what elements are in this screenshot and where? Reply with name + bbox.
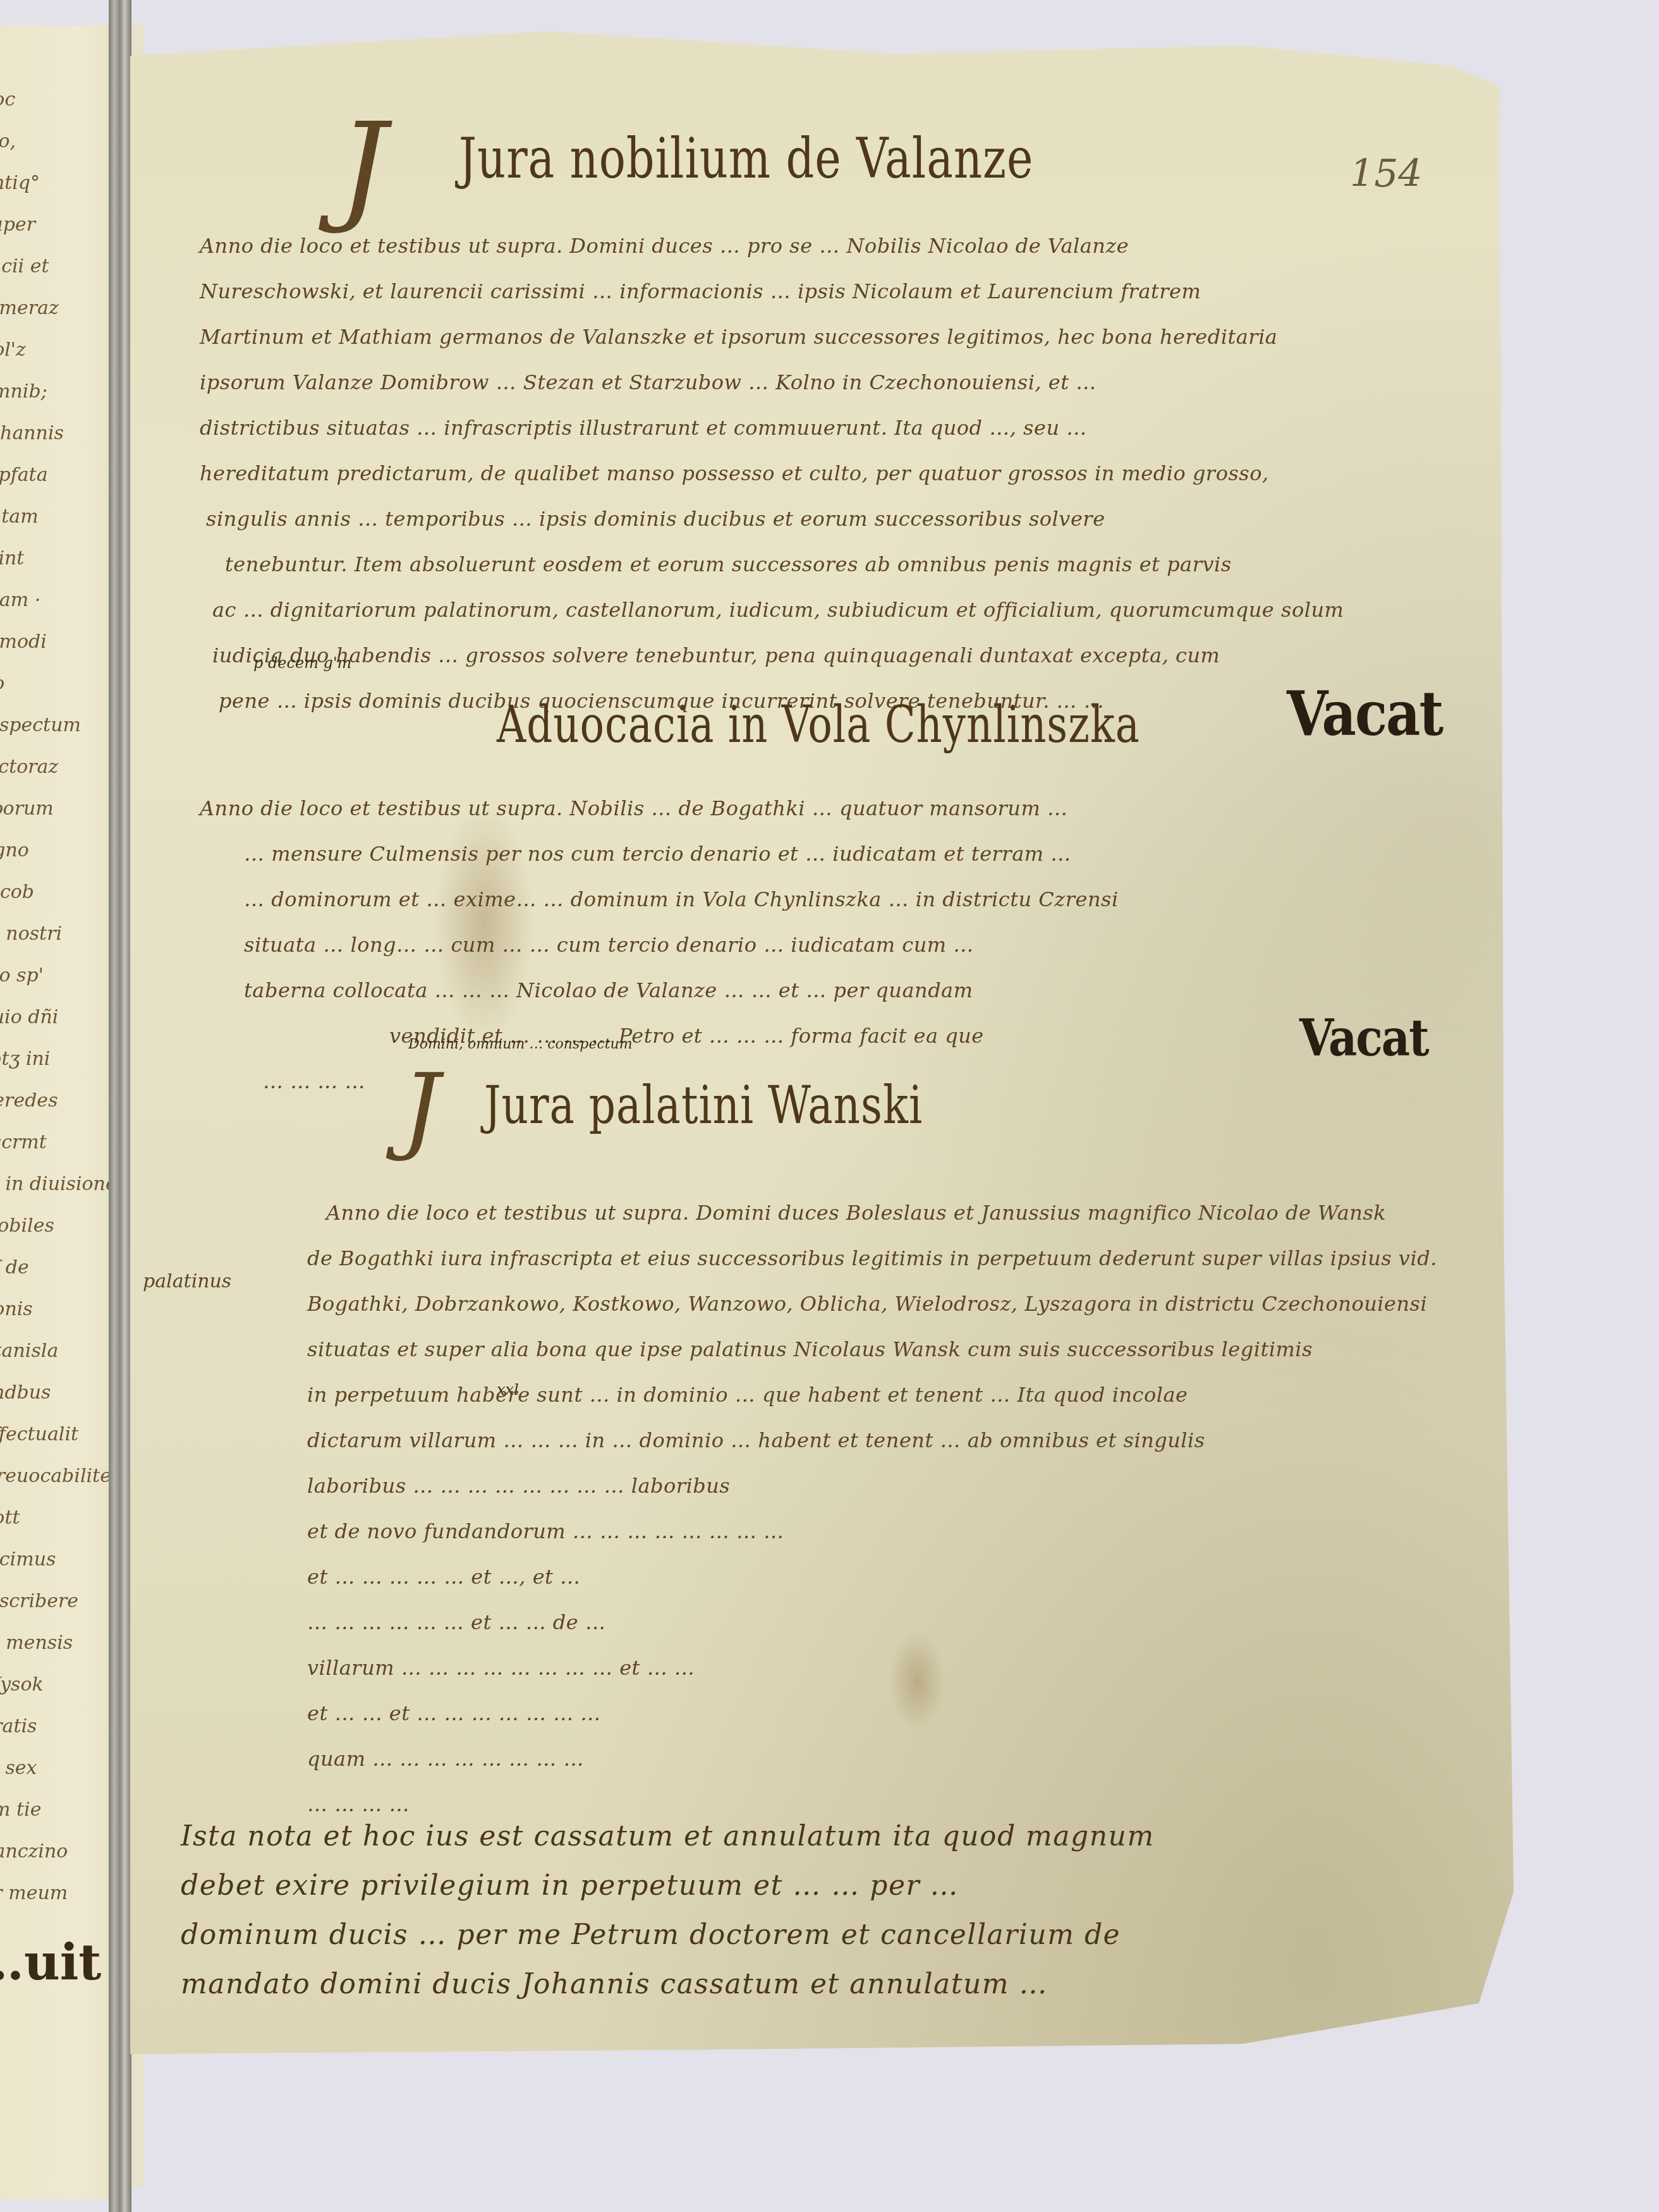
text-line: in perpetuum habere sunt … in dominio … … — [307, 1383, 1188, 1407]
left-page-line: …in sex — [0, 1757, 37, 1779]
left-page-line: …Sanczino — [0, 1840, 68, 1863]
section-heading-1: Jura nobilium de Valanze — [459, 126, 1033, 191]
left-page-line: …dicimus — [0, 1548, 56, 1571]
section-heading-3: Jura palatini Wanski — [484, 1075, 923, 1136]
manuscript-folio: 154 J Jura nobilium de Valanze Anno die … — [130, 25, 1521, 2054]
ink-stain — [889, 1631, 945, 1732]
left-page-line: …super — [0, 214, 35, 236]
text-line: et … … et … … … … … … … — [307, 1701, 601, 1725]
text-line: ipsorum Valanze Domibrow … Stezan et Sta… — [200, 370, 1097, 394]
text-line: … … … … … … et … … de … — [307, 1610, 605, 1634]
text-line: Anno die loco et testibus ut supra. Nobi… — [200, 796, 1067, 820]
text-line: situatas et super alia bona que ipse pal… — [307, 1337, 1313, 1361]
text-line: situata … long… … cum … … cum tercio den… — [244, 933, 974, 957]
text-line: … mensure Culmensis per nos cum tercio d… — [244, 842, 1071, 866]
left-page-line: …euio dñi — [0, 1006, 58, 1028]
left-page-line: …hoc — [0, 88, 15, 111]
text-line: iudicia duo habendis … grossos solvere t… — [212, 643, 1220, 667]
interlinear-note-1: p decem g'm — [253, 654, 351, 672]
text-line: villarum … … … … … … … … et … … — [307, 1656, 695, 1680]
left-page-line: …omnib; — [0, 380, 47, 403]
left-page-line: …nott — [0, 1507, 20, 1529]
text-line: districtibus situatas … infrascriptis il… — [200, 416, 1087, 440]
left-page-line: …effectualit — [0, 1423, 78, 1445]
left-page-line: …inspectum — [0, 714, 81, 736]
left-page-line: …pol'z — [0, 339, 26, 361]
text-line: Anno die loco et testibus ut supra. Domi… — [326, 1201, 1386, 1225]
left-page-line: …Stanisla — [0, 1340, 58, 1362]
left-page-line: …ratam — [0, 506, 39, 528]
text-line: … dominorum et … exime… … dominum in Vol… — [244, 887, 1119, 911]
left-page-line: …ligno — [0, 839, 29, 861]
text-line: tenebuntur. Item absoluerunt eosdem et e… — [225, 552, 1232, 576]
text-line: taberna collocata … … … Nicolao de Valan… — [244, 978, 973, 1002]
left-page-line: …cscrmt — [0, 1131, 47, 1153]
text-line: singulis annis … temporibus … ipsis domi… — [206, 507, 1105, 531]
left-page-line: …no — [0, 672, 4, 695]
left-facing-page: …hoc…sto,…antiq°…super…racii et…mmeraz…p… — [0, 25, 114, 2199]
interlinear-note-2: Domini, omnium … conspectum — [408, 1036, 633, 1052]
text-line: … … … … — [263, 1069, 365, 1093]
left-page-line: …sto, — [0, 130, 16, 152]
text-line: Ista nota et hoc ius est cassatum et ann… — [181, 1820, 1155, 1852]
left-page-line: …ondbus — [0, 1382, 51, 1404]
left-page-line: …racii et — [0, 255, 49, 277]
left-page-line: …Wysok — [0, 1674, 44, 1696]
left-page-line: …nonis — [0, 1298, 33, 1320]
text-line: debet exire privilegium in perpetuum et … — [181, 1869, 959, 1902]
text-line: Anno die loco et testibus ut supra. Domi… — [200, 234, 1129, 258]
text-line: … … … … — [307, 1792, 410, 1816]
book-gutter — [109, 0, 131, 2212]
folio-number: 154 — [1350, 152, 1423, 196]
vacat-mark-1: Vacat — [1287, 678, 1442, 750]
left-page-line: …mmeraz — [0, 297, 59, 319]
text-line: hereditatum predictarum, de qualibet man… — [200, 461, 1269, 485]
left-page-line: …stint — [0, 547, 24, 569]
vacat-mark-2: Vacat — [1299, 1007, 1428, 1067]
left-page-line: …Jacob — [0, 881, 34, 903]
left-page-line: …lectoraz — [0, 756, 58, 778]
decorative-initial: J — [339, 107, 387, 228]
ink-stain — [434, 803, 535, 1043]
left-page-line: …ur meum — [0, 1882, 68, 1904]
text-line: dominum ducis … per me Petrum doctorem e… — [181, 1919, 1121, 1951]
left-page-line: …Johannis — [0, 422, 64, 444]
left-page-line: …heredes — [0, 1090, 58, 1112]
decorative-initial: J — [402, 1062, 440, 1157]
left-page-line: …mo sp' — [0, 964, 44, 987]
text-line: Nureschowski, et laurencii carissimi … i… — [200, 279, 1201, 303]
left-page-line: …a pfata — [0, 464, 48, 486]
left-page-line: …et nostri — [0, 923, 62, 945]
left-page-line: …et mensis — [0, 1632, 73, 1654]
text-line: Bogathki, Dobrzankowo, Kostkowo, Wanzowo… — [307, 1292, 1427, 1316]
left-page-line: …rotʒ ini — [0, 1048, 50, 1070]
left-page-line: …mmodi — [0, 631, 47, 653]
text-line: et de novo fundandorum … … … … … … … … — [307, 1519, 784, 1543]
left-page-line: …Nobiles — [0, 1215, 54, 1237]
text-line: de Bogathki iura infrascripta et eius su… — [307, 1246, 1437, 1270]
left-page-line: …of de — [0, 1256, 29, 1279]
left-page-line: …illam · — [0, 589, 40, 611]
text-line: mandato domini ducis Johannis cassatum e… — [181, 1968, 1048, 2000]
left-page-line: …antiq° — [0, 172, 40, 194]
left-page-line: …inscribere — [0, 1590, 78, 1612]
left-page-vacat: …uit — [0, 1934, 101, 1991]
text-line: laboribus … … … … … … … … laboribus — [307, 1474, 730, 1498]
text-line: ac … dignitariorum palatinorum, castella… — [212, 598, 1344, 622]
text-line: et … … … … … et …, et … — [307, 1565, 581, 1589]
text-line: Martinum et Mathiam germanos de Valanszk… — [200, 325, 1277, 349]
text-line: quam … … … … … … … … — [307, 1747, 584, 1771]
left-page-line: …irreuocabiliter — [0, 1465, 114, 1487]
margin-note: palatinus — [143, 1270, 231, 1292]
section-heading-2: Aduocacia in Vola Chynlinszka — [497, 696, 1140, 755]
left-page-line: …sporum — [0, 798, 54, 820]
left-page-line: …om tie — [0, 1799, 41, 1821]
text-line: dictarum villarum … … … in … dominio … h… — [307, 1428, 1205, 1452]
left-page-line: …ct in diuisionem — [0, 1173, 114, 1195]
left-page-line: …pratis — [0, 1715, 37, 1737]
